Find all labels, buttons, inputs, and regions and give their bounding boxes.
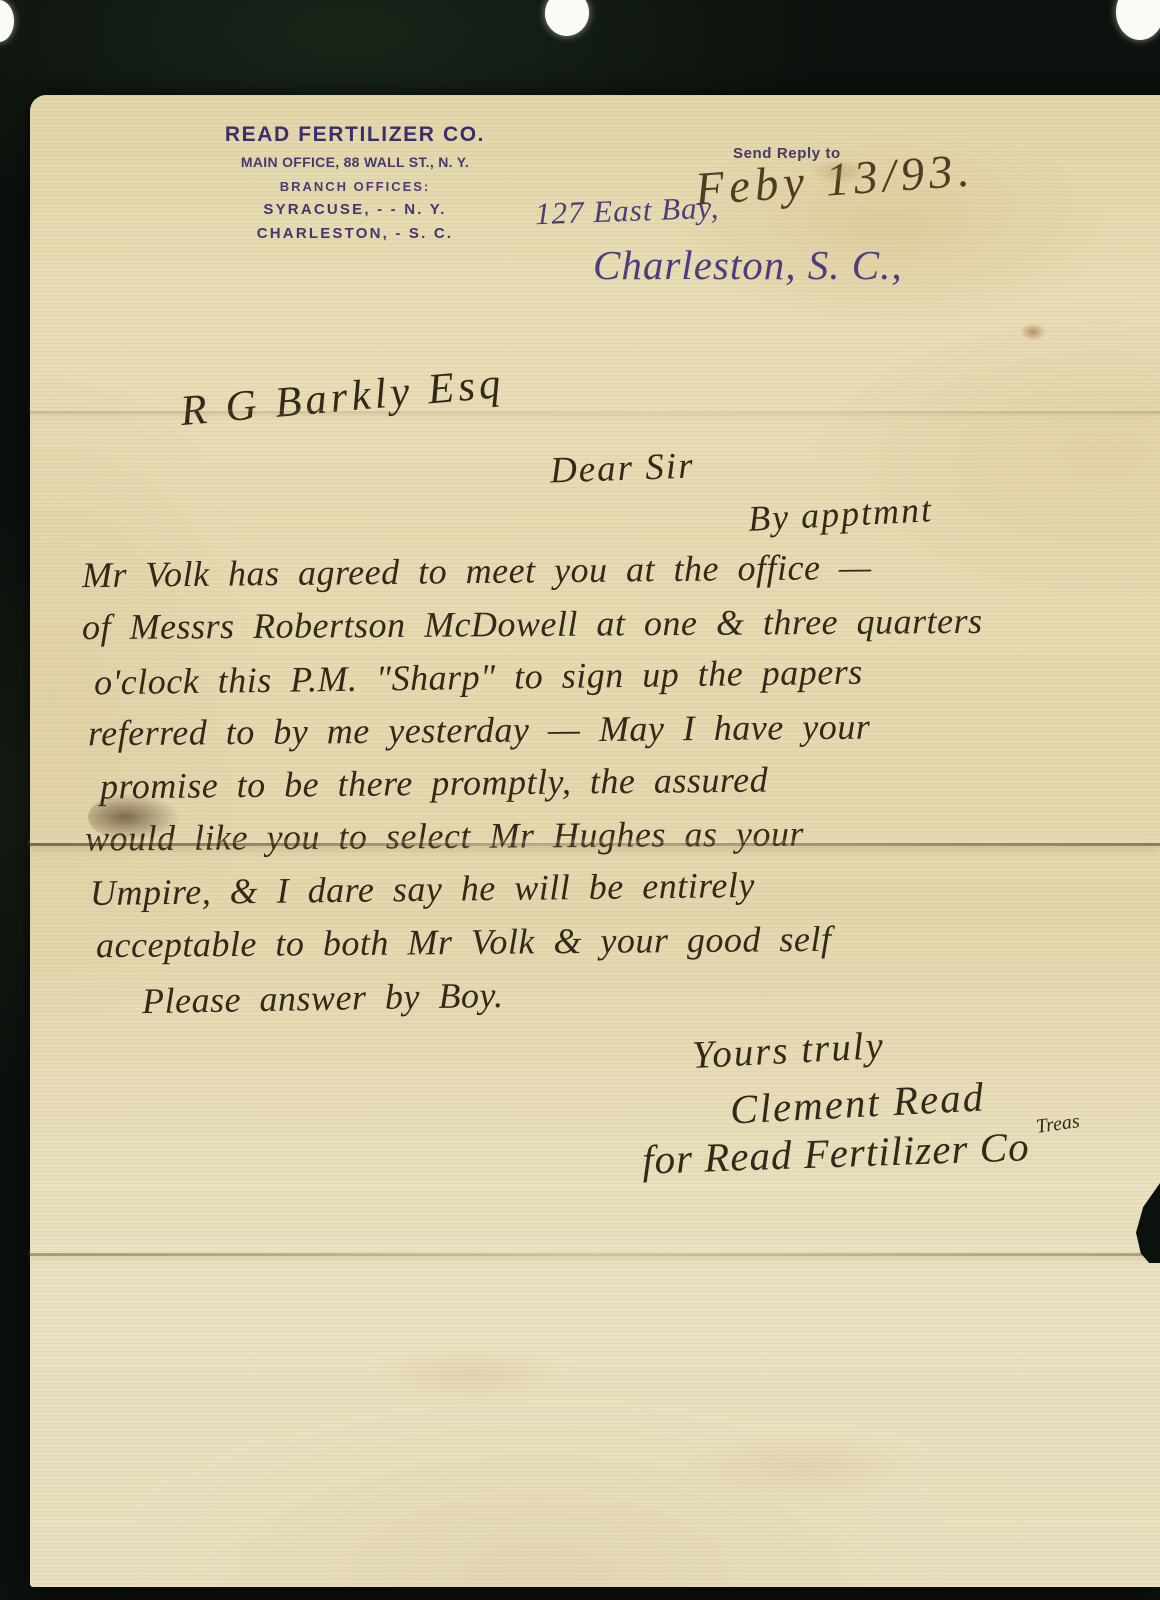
fold-crease (30, 411, 1160, 414)
body-line: Umpire, & I dare say he will be entirely (90, 864, 755, 914)
body-line: o'clock this P.M. "Sharp" to sign up the… (94, 651, 863, 704)
body-line: of Messrs Robertson McDowell at one & th… (82, 600, 983, 648)
bleed-through-mark (680, 1425, 940, 1505)
body-line: promise to be there promptly, the assure… (100, 759, 769, 808)
signature-company: for Read Fertilizer Co (641, 1122, 1030, 1183)
body-line: referred to by me yesterday — May I have… (88, 706, 871, 755)
branch-offices-label: BRANCH OFFICES: (150, 179, 560, 194)
letterhead: READ FERTILIZER CO. MAIN OFFICE, 88 WALL… (150, 123, 560, 242)
punch-hole (0, 0, 14, 42)
letter-paper: READ FERTILIZER CO. MAIN OFFICE, 88 WALL… (30, 95, 1160, 1587)
fold-crease (30, 1253, 1160, 1256)
body-line: Mr Volk has agreed to meet you at the of… (82, 546, 872, 596)
addressee-line: R G Barkly Esq (178, 359, 506, 436)
punch-hole (1116, 0, 1160, 40)
branch-office-charleston: CHARLESTON, - S. C. (150, 225, 560, 242)
letter-photo: READ FERTILIZER CO. MAIN OFFICE, 88 WALL… (0, 0, 1160, 1600)
punch-hole (541, 0, 594, 40)
salutation: Dear Sir (549, 444, 695, 492)
signature-title: Treas (1035, 1110, 1082, 1139)
main-office-address: MAIN OFFICE, 88 WALL ST., N. Y. (150, 154, 560, 170)
closing-phrase: Yours truly (691, 1023, 886, 1078)
ink-blot-stain (88, 793, 180, 841)
torn-edge (1136, 1183, 1160, 1263)
body-line: acceptable to both Mr Volk & your good s… (96, 918, 832, 966)
body-line: would like you to select Mr Hughes as yo… (85, 812, 804, 859)
branch-office-syracuse: SYRACUSE, - - N. Y. (150, 201, 560, 218)
dateline-street: 127 East Bay, (534, 190, 720, 232)
dateline-city: Charleston, S. C., (593, 241, 903, 289)
rust-stain (1020, 323, 1046, 341)
bleed-through-mark (360, 1345, 580, 1405)
company-name: READ FERTILIZER CO. (150, 123, 560, 147)
fold-crease (30, 843, 1160, 846)
paper-stain (810, 159, 870, 185)
body-line: Please answer by Boy. (142, 974, 504, 1022)
opening-phrase: By apptmnt (747, 488, 934, 540)
